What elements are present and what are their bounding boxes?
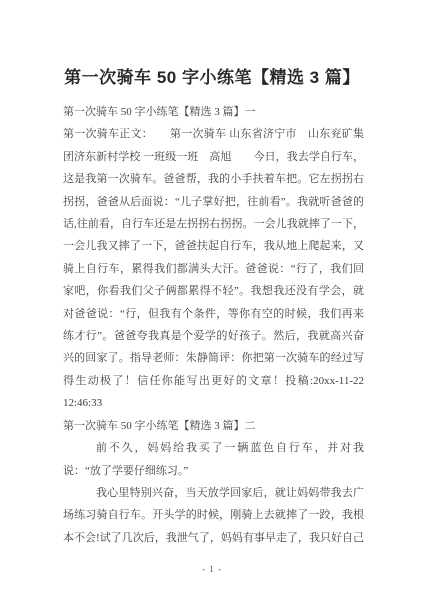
paragraph: 我心里特别兴奋，当天放学回家后，就让妈妈带我去广场练习骑自行车。开头学的时候，刚… bbox=[63, 482, 364, 551]
section-heading: 第一次骑车 50 字小练笔【精选 3 篇】一 bbox=[63, 101, 364, 123]
section-heading: 第一次骑车 50 字小练笔【精选 3 篇】二 bbox=[63, 415, 364, 437]
page-number: - 1 - bbox=[0, 564, 424, 574]
document-page: 第一次骑车 50 字小练笔【精选 3 篇】 第一次骑车 50 字小练笔【精选 3… bbox=[0, 0, 424, 600]
document-title: 第一次骑车 50 字小练笔【精选 3 篇】 bbox=[0, 0, 424, 88]
document-body: 第一次骑车 50 字小练笔【精选 3 篇】一第一次骑车正文： 第一次骑车 山东省… bbox=[63, 101, 364, 551]
paragraph: 第一次骑车正文： 第一次骑车 山东省济宁市 山东兖矿集团济东新村学校 一班级一班… bbox=[63, 123, 364, 414]
paragraph: 前不久，妈妈给我买了一辆蓝色自行车，并对我说：“放了学要仔细练习。” bbox=[63, 437, 364, 482]
